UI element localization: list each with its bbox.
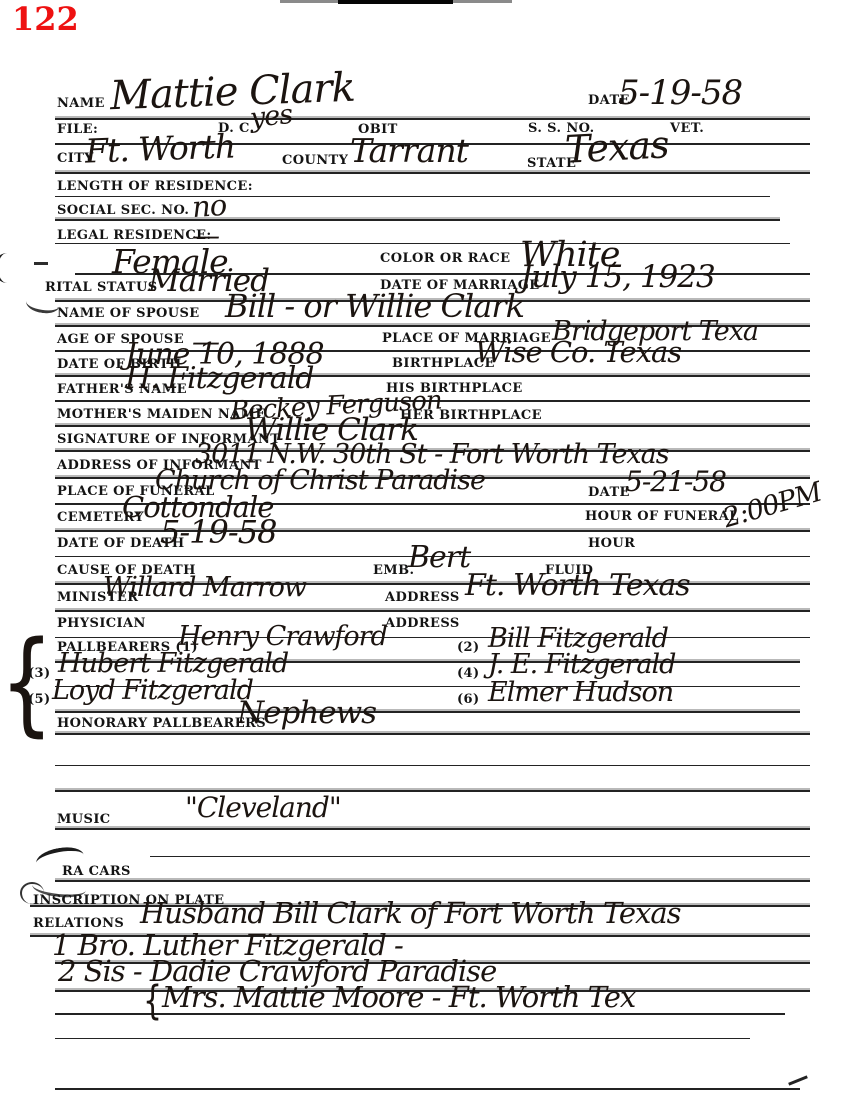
hour-label: HOUR bbox=[588, 536, 635, 551]
scan-artifact-dash bbox=[34, 262, 48, 265]
rule bbox=[55, 880, 810, 882]
pallbearer-3-label: (3) bbox=[28, 666, 51, 681]
honorary-pallbearers-label: HONORARY PALLBEARERS bbox=[57, 716, 266, 731]
pallbearer-6-value: Elmer Hudson bbox=[488, 679, 673, 706]
rule bbox=[55, 733, 810, 735]
pallbearer-4-value: J. E. Fitzgerald bbox=[488, 651, 675, 678]
rule bbox=[55, 196, 770, 197]
pallbearer-5-value: Loyd Fitzgerald bbox=[52, 677, 253, 704]
rule bbox=[55, 219, 780, 221]
pallbearer-1-value: Henry Crawford bbox=[178, 623, 387, 650]
scan-artifact-paren bbox=[25, 292, 61, 316]
date-value: 5-19-58 bbox=[618, 76, 742, 110]
county-value: Tarrant bbox=[350, 134, 468, 167]
pallbearer-2-label: (2) bbox=[457, 640, 480, 655]
pallbearer-5-label: (5) bbox=[28, 692, 51, 707]
legal-residence-label: LEGAL RESIDENCE: bbox=[57, 228, 212, 243]
minister-address-value: Ft. Worth Texas bbox=[465, 571, 690, 601]
rule bbox=[55, 1088, 800, 1090]
music-label: MUSIC bbox=[57, 812, 111, 827]
rule bbox=[55, 172, 810, 174]
pallbearer-4-label: (4) bbox=[457, 666, 480, 681]
minister-value: Willard Marrow bbox=[103, 574, 306, 601]
birthplace-value: Wise Co. Texas bbox=[475, 338, 681, 367]
pallbearer-3-value: Hubert Fitzgerald bbox=[58, 650, 288, 677]
physician-label: PHYSICIAN bbox=[57, 616, 146, 631]
fathers-name-value: H. Fitzgerald bbox=[125, 364, 314, 394]
honorary-pallbearers-value: Nephews bbox=[237, 698, 376, 729]
funeral-date-label: DATE bbox=[588, 485, 630, 500]
page-number: 122 bbox=[12, 0, 79, 38]
rule bbox=[55, 118, 810, 120]
address-of-informant-value: 3011 N.W. 30th St - Fort Worth Texas bbox=[195, 441, 669, 468]
emb-value: Bert bbox=[408, 543, 470, 573]
rule bbox=[55, 765, 810, 766]
rule bbox=[55, 425, 810, 427]
her-birthplace-label: HER BIRTHPLACE bbox=[400, 408, 542, 423]
name-of-spouse-label: NAME OF SPOUSE bbox=[57, 306, 200, 321]
dc-value: yes bbox=[249, 101, 294, 132]
city-value: Ft. Worth bbox=[84, 129, 235, 167]
rule bbox=[55, 790, 810, 792]
scan-artifact-paren bbox=[0, 253, 20, 283]
funeral-record-form: 122 NAME Mattie Clark DATE 5-19-58 FILE:… bbox=[0, 0, 850, 1100]
rule bbox=[55, 1038, 750, 1039]
music-value: "Cleveland" bbox=[185, 794, 341, 822]
relations-line-1: Husband Bill Clark of Fort Worth Texas bbox=[140, 899, 681, 928]
rule bbox=[55, 711, 800, 713]
date-of-death-value: 5-19-58 bbox=[160, 516, 276, 548]
rule bbox=[150, 856, 810, 857]
marital-status-label: RITAL STATUS bbox=[45, 280, 158, 295]
funeral-date-value: 5-21-58 bbox=[625, 468, 726, 496]
pallbearer-6-label: (6) bbox=[457, 692, 480, 707]
hour-of-funeral-label: HOUR OF FUNERAL bbox=[585, 509, 739, 524]
date-of-marriage-value: July 15, 1923 bbox=[520, 262, 715, 293]
state-value: Texas bbox=[564, 125, 669, 168]
rule bbox=[55, 637, 810, 638]
rule bbox=[55, 610, 810, 612]
pallbearer-2-value: Bill Fitzgerald bbox=[488, 625, 668, 652]
hour-of-funeral-value: 2:00PM bbox=[720, 479, 824, 533]
relations-line-4: Mrs. Mattie Moore - Ft. Worth Tex bbox=[162, 983, 635, 1012]
scan-artifact-bar bbox=[338, 0, 453, 4]
name-of-spouse-value: Bill - or Willie Clark bbox=[225, 290, 524, 322]
name-label: NAME bbox=[57, 96, 105, 111]
social-sec-no-value: no bbox=[191, 191, 227, 222]
physician-address-label: ADDRESS bbox=[385, 616, 460, 631]
scan-artifact-circle bbox=[20, 882, 44, 904]
minister-address-label: ADDRESS bbox=[385, 590, 460, 605]
rule bbox=[55, 828, 810, 830]
vet-label: VET. bbox=[670, 121, 704, 136]
pallbearers-brace: { bbox=[0, 618, 53, 748]
county-label: COUNTY bbox=[282, 153, 348, 168]
rule-end-tick bbox=[788, 1075, 808, 1085]
relations-brace: { bbox=[143, 978, 162, 1024]
social-sec-no-label: SOCIAL SEC. NO. bbox=[57, 203, 189, 218]
color-or-race-label: COLOR OR RACE bbox=[380, 251, 510, 266]
name-value: Mattie Clark bbox=[109, 68, 355, 117]
